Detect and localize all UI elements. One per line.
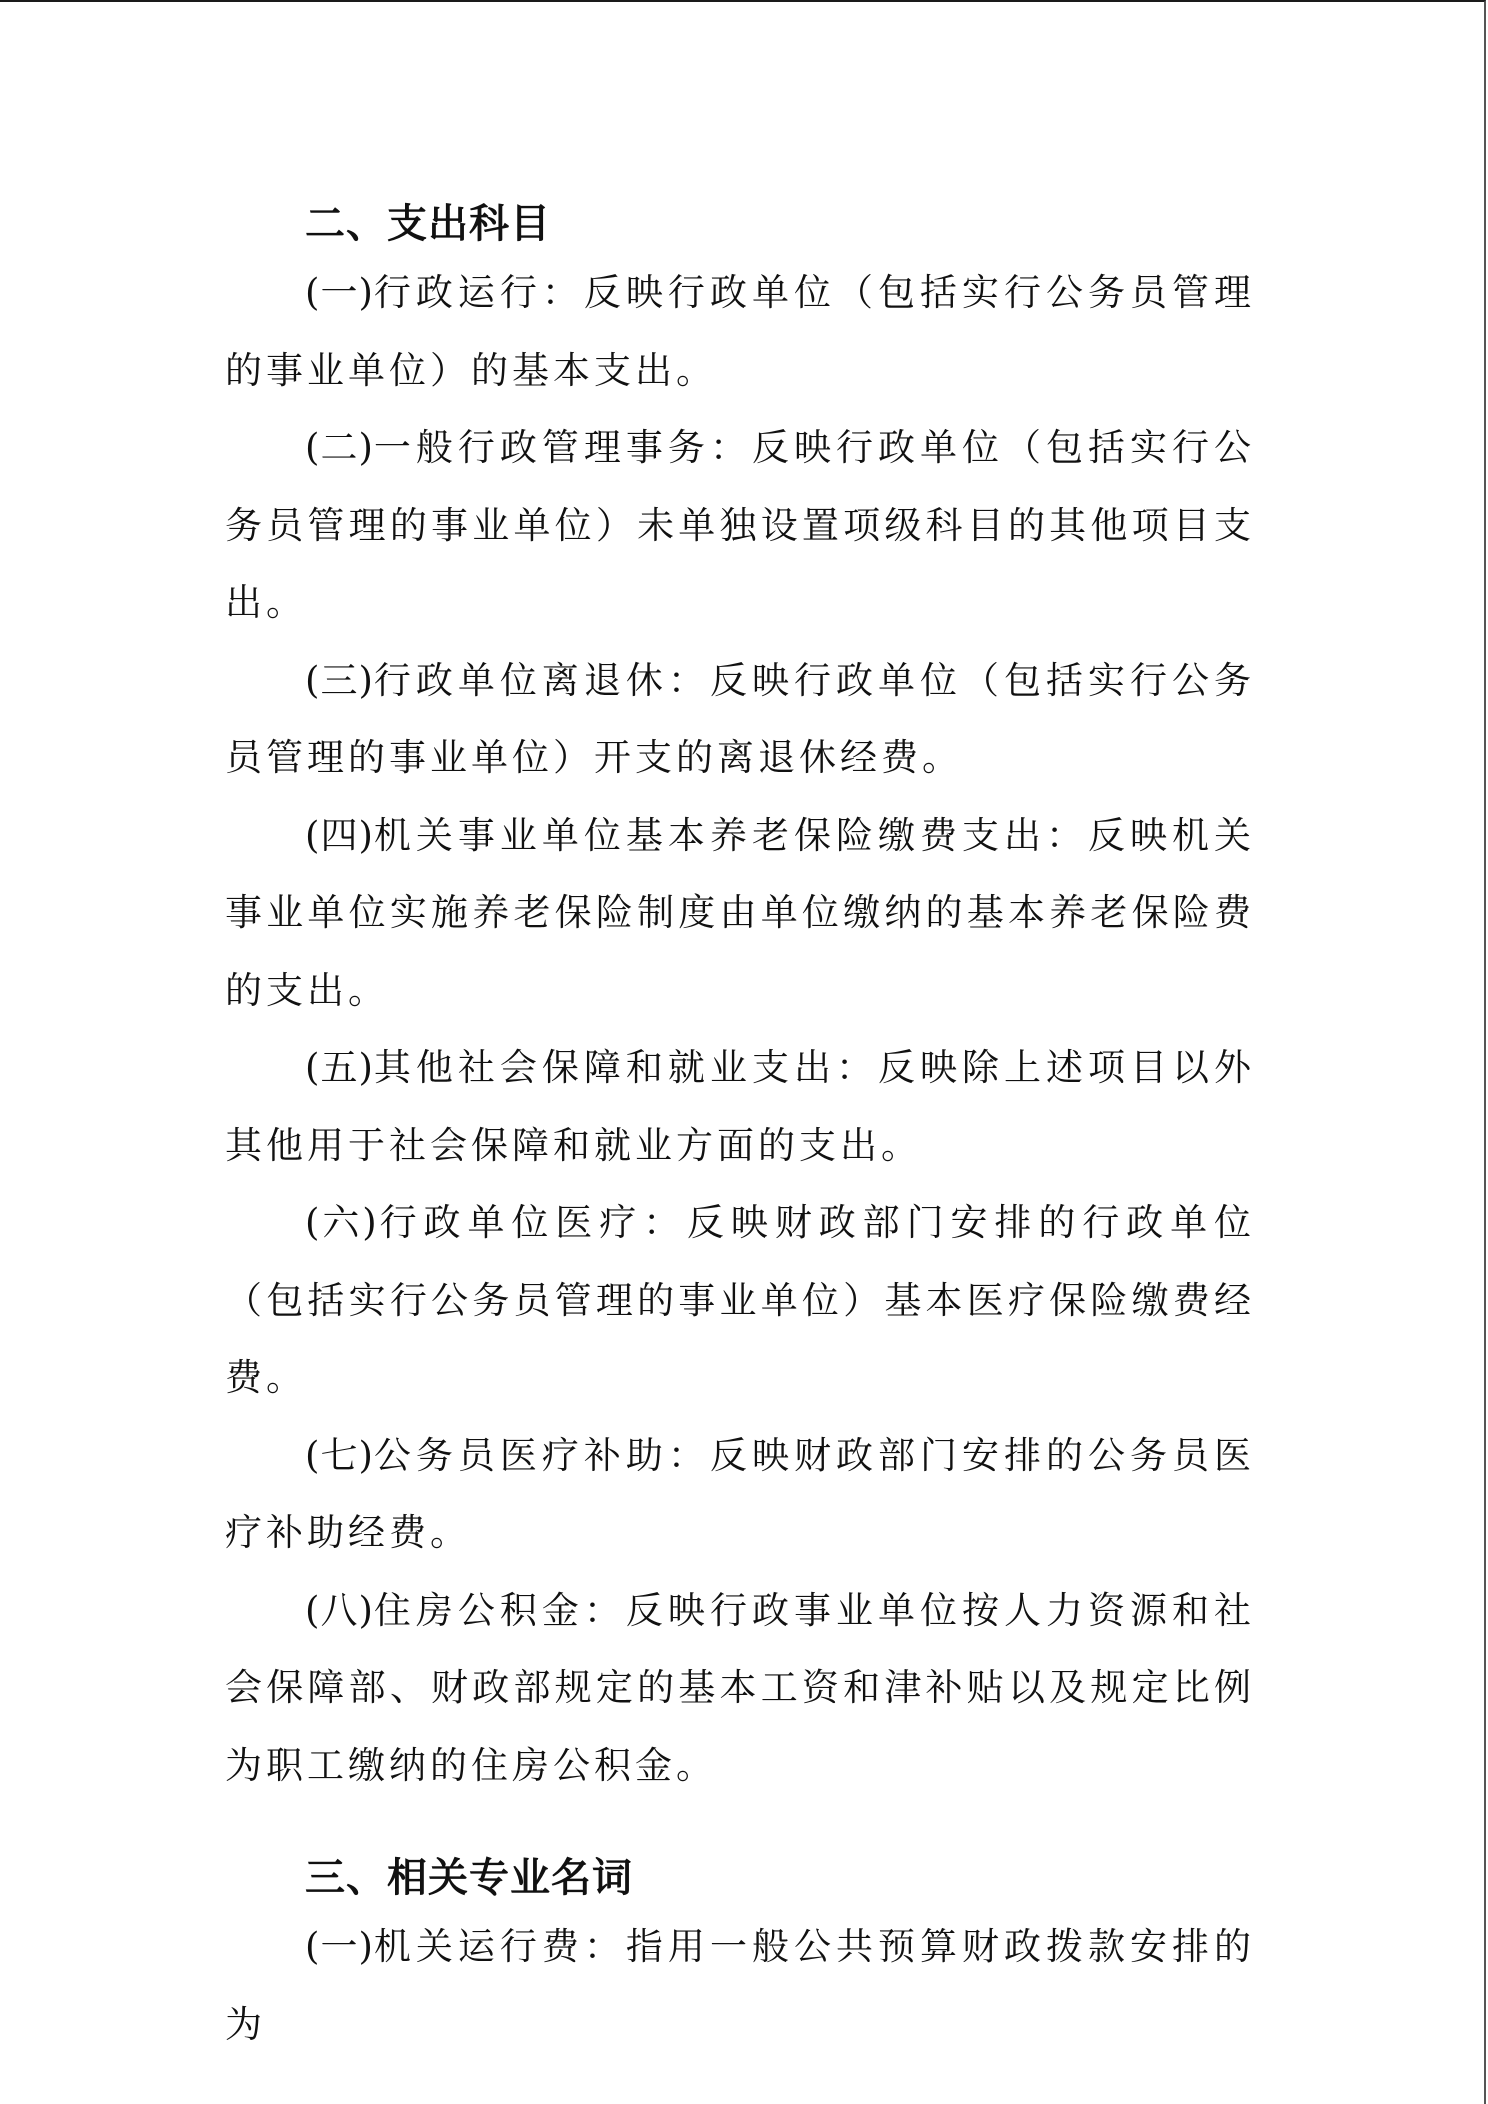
item-text: 机关运行费：指用一般公共预算财政拨款安排的为	[225, 1925, 1255, 2046]
item-text: 住房公积金：反映行政事业单位按人力资源和社会保障部、财政部规定的基本工资和津补贴…	[225, 1589, 1255, 1787]
document-content: 二、支出科目 (一)行政运行：反映行政单位（包括实行公务员管理的事业单位）的基本…	[225, 194, 1255, 2063]
paragraph-item-4: (四)机关事业单位基本养老保险缴费支出：反映机关事业单位实施养老保险制度由单位缴…	[225, 797, 1255, 1030]
item-number: (一)	[305, 1925, 373, 1968]
item-number: (五)	[305, 1046, 373, 1089]
paragraph-item-2: (二)一般行政管理事务：反映行政单位（包括实行公务员管理的事业单位）未单独设置项…	[225, 409, 1255, 642]
paragraph-item-3: (三)行政单位离退休：反映行政单位（包括实行公务员管理的事业单位）开支的离退休经…	[225, 642, 1255, 797]
document-page: 二、支出科目 (一)行政运行：反映行政单位（包括实行公务员管理的事业单位）的基本…	[0, 0, 1486, 2104]
item-number: (七)	[305, 1434, 373, 1477]
item-number: (三)	[305, 659, 373, 702]
item-text: 公务员医疗补助：反映财政部门安排的公务员医疗补助经费。	[225, 1434, 1255, 1555]
paragraph-item-7: (七)公务员医疗补助：反映财政部门安排的公务员医疗补助经费。	[225, 1417, 1255, 1572]
paragraph-item-1: (一)行政运行：反映行政单位（包括实行公务员管理的事业单位）的基本支出。	[225, 254, 1255, 409]
section-heading-related-terms: 三、相关专业名词	[225, 1848, 1255, 1908]
item-number: (一)	[305, 271, 373, 314]
item-text: 其他社会保障和就业支出：反映除上述项目以外其他用于社会保障和就业方面的支出。	[225, 1046, 1255, 1167]
item-text: 行政单位离退休：反映行政单位（包括实行公务员管理的事业单位）开支的离退休经费。	[225, 659, 1255, 780]
item-text: 一般行政管理事务：反映行政单位（包括实行公务员管理的事业单位）未单独设置项级科目…	[225, 426, 1255, 624]
section-heading-expenditure-items: 二、支出科目	[225, 194, 1255, 254]
paragraph-item-5: (五)其他社会保障和就业支出：反映除上述项目以外其他用于社会保障和就业方面的支出…	[225, 1029, 1255, 1184]
section-spacer	[225, 1804, 1255, 1848]
item-text: 行政运行：反映行政单位（包括实行公务员管理的事业单位）的基本支出。	[225, 271, 1255, 392]
item-text: 机关事业单位基本养老保险缴费支出：反映机关事业单位实施养老保险制度由单位缴纳的基…	[225, 814, 1255, 1012]
paragraph-item-6: (六)行政单位医疗：反映财政部门安排的行政单位（包括实行公务员管理的事业单位）基…	[225, 1184, 1255, 1417]
item-number: (四)	[305, 814, 373, 857]
item-number: (二)	[305, 426, 373, 469]
item-number: (八)	[305, 1589, 373, 1632]
item-number: (六)	[305, 1201, 377, 1244]
item-text: 行政单位医疗：反映财政部门安排的行政单位（包括实行公务员管理的事业单位）基本医疗…	[225, 1201, 1255, 1399]
paragraph-term-1: (一)机关运行费：指用一般公共预算财政拨款安排的为	[225, 1908, 1255, 2063]
paragraph-item-8: (八)住房公积金：反映行政事业单位按人力资源和社会保障部、财政部规定的基本工资和…	[225, 1572, 1255, 1805]
